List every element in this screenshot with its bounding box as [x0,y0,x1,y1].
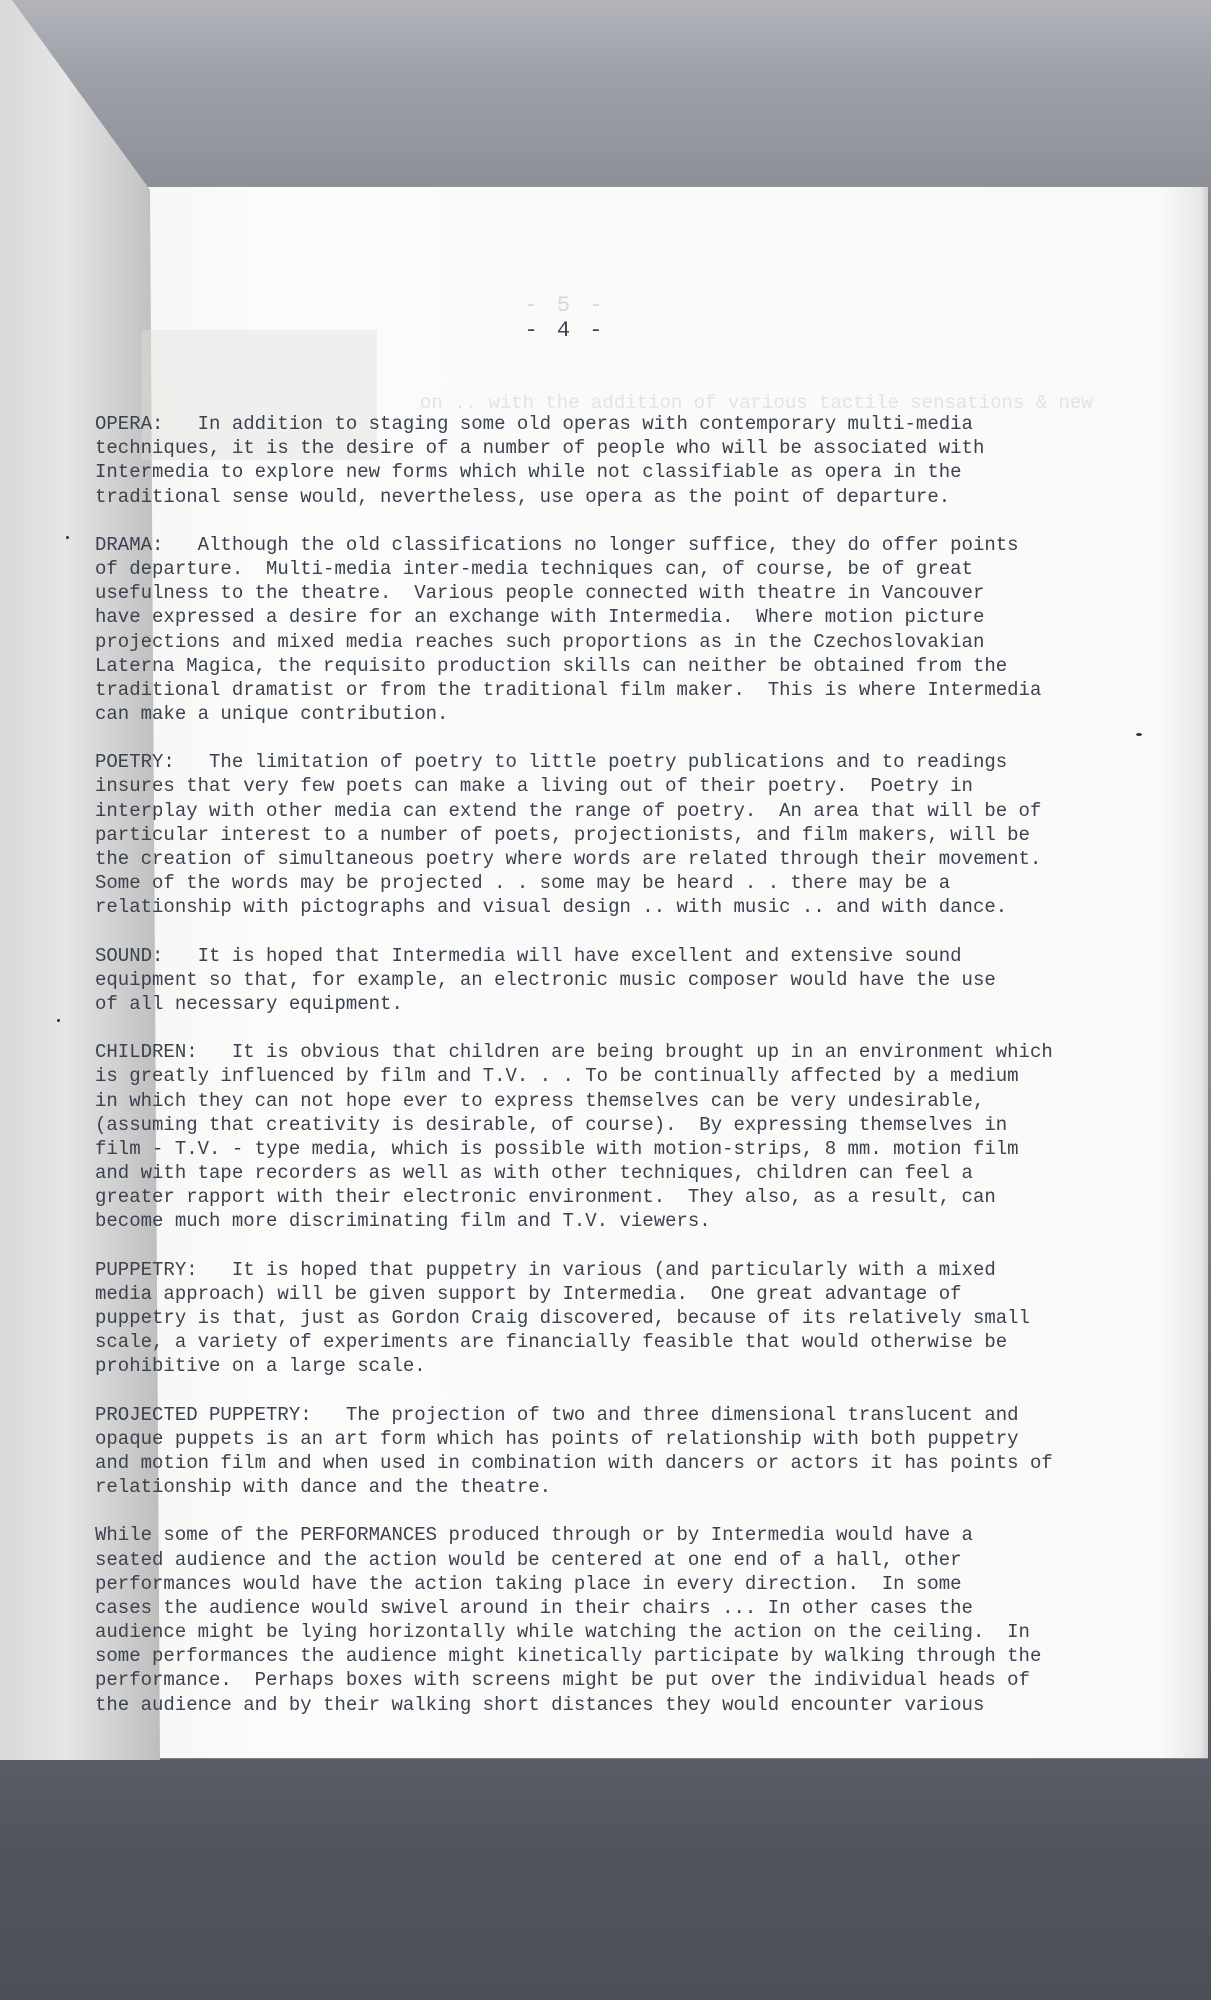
text-line: POETRY: The limitation of poetry to litt… [95,750,1135,774]
text-line: equipment so that, for example, an elect… [95,968,1135,992]
text-line: CHILDREN: It is obvious that children ar… [95,1040,1135,1064]
text-line: in which they can not hope ever to expre… [95,1089,1135,1113]
paragraph-performances: While some of the PERFORMANCES produced … [95,1523,1135,1717]
text-line: Intermedia to explore new forms which wh… [95,460,1135,484]
text-line: can make a unique contribution. [95,702,1135,726]
text-line: of departure. Multi-media inter-media te… [95,557,1135,581]
text-line: traditional dramatist or from the tradit… [95,678,1135,702]
text-line: seated audience and the action would be … [95,1548,1135,1572]
text-line: DRAMA: Although the old classifications … [95,533,1135,557]
paragraph-projected-puppetry: PROJECTED PUPPETRY: The projection of tw… [95,1403,1135,1500]
paragraph-puppetry: PUPPETRY: It is hoped that puppetry in v… [95,1258,1135,1379]
text-line: interplay with other media can extend th… [95,799,1135,823]
text-line: puppetry is that, just as Gordon Craig d… [95,1306,1135,1330]
text-line: film - T.V. - type media, which is possi… [95,1137,1135,1161]
scanner-background-bottom [0,1758,1211,2000]
text-line: scale, a variety of experiments are fina… [95,1330,1135,1354]
text-line: prohibitive on a large scale. [95,1354,1135,1378]
paragraph-sound: SOUND: It is hoped that Intermedia will … [95,944,1135,1017]
text-line: some performances the audience might kin… [95,1644,1135,1668]
text-line: is greatly influenced by film and T.V. .… [95,1064,1135,1088]
page-number: - 4 - [0,318,1130,343]
text-line: the creation of simultaneous poetry wher… [95,847,1135,871]
text-line: the audience and by their walking short … [95,1693,1135,1717]
text-line: techniques, it is the desire of a number… [95,436,1135,460]
ghost-page-number: - 5 - [0,293,1130,318]
text-line: particular interest to a number of poets… [95,823,1135,847]
text-line: and with tape recorders as well as with … [95,1161,1135,1185]
ink-speck [57,1019,60,1022]
text-line: cases the audience would swivel around i… [95,1596,1135,1620]
ink-speck [1136,733,1142,736]
text-line: Laterna Magica, the requisito production… [95,654,1135,678]
text-line: SOUND: It is hoped that Intermedia will … [95,944,1135,968]
paragraph-opera: OPERA: In addition to staging some old o… [95,412,1135,509]
text-line: performances would have the action takin… [95,1572,1135,1596]
document-body: OPERA: In addition to staging some old o… [95,412,1135,1741]
text-line: PROJECTED PUPPETRY: The projection of tw… [95,1403,1135,1427]
text-line: usefulness to the theatre. Various peopl… [95,581,1135,605]
text-line: (assuming that creativity is desirable, … [95,1113,1135,1137]
text-line: become much more discriminating film and… [95,1209,1135,1233]
text-line: of all necessary equipment. [95,992,1135,1016]
text-line: relationship with pictographs and visual… [95,895,1135,919]
paragraph-poetry: POETRY: The limitation of poetry to litt… [95,750,1135,919]
paragraph-children: CHILDREN: It is obvious that children ar… [95,1040,1135,1234]
text-line: greater rapport with their electronic en… [95,1185,1135,1209]
text-line: OPERA: In addition to staging some old o… [95,412,1135,436]
text-line: relationship with dance and the theatre. [95,1475,1135,1499]
text-line: traditional sense would, nevertheless, u… [95,485,1135,509]
text-line: media approach) will be given support by… [95,1282,1135,1306]
text-line: While some of the PERFORMANCES produced … [95,1523,1135,1547]
text-line: Some of the words may be projected . . s… [95,871,1135,895]
text-line: insures that very few poets can make a l… [95,774,1135,798]
ink-speck [66,536,69,539]
paragraph-drama: DRAMA: Although the old classifications … [95,533,1135,727]
text-line: PUPPETRY: It is hoped that puppetry in v… [95,1258,1135,1282]
scanner-background-top [0,0,1211,190]
text-line: opaque puppets is an art form which has … [95,1427,1135,1451]
bleed-through-text: on .. with the addition of various tacti… [420,392,1093,414]
text-line: have expressed a desire for an exchange … [95,605,1135,629]
text-line: projections and mixed media reaches such… [95,630,1135,654]
text-line: performance. Perhaps boxes with screens … [95,1668,1135,1692]
text-line: and motion film and when used in combina… [95,1451,1135,1475]
text-line: audience might be lying horizontally whi… [95,1620,1135,1644]
